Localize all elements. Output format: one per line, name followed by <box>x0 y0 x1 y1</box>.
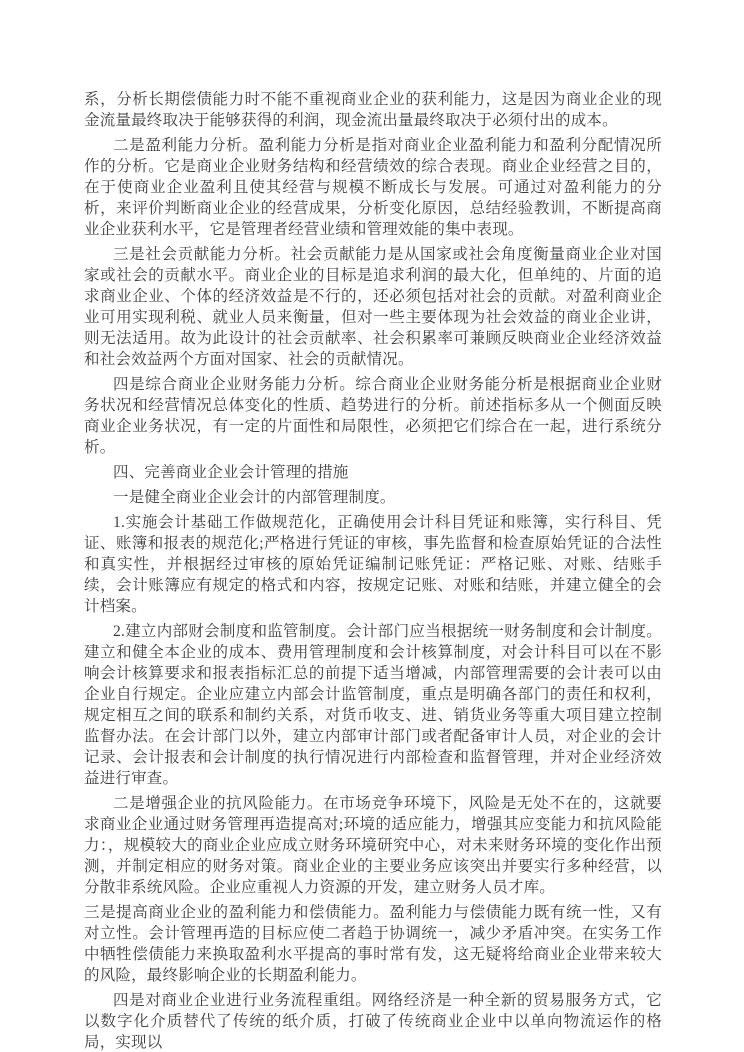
document-page: 系，分析长期偿债能力时不能不重视商业企业的获利能力，这是因为商业企业的现金流量最… <box>0 0 744 1052</box>
paragraph: 1.实施会计基础工作做规范化，正确使用会计科目凭证和账簿，实行科目、凭证、账簿和… <box>84 512 662 617</box>
section-heading: 四、完善商业企业会计管理的措施 <box>84 462 662 483</box>
paragraph: 三是社会贡献能力分析。社会贡献能力是从国家或社会角度衡量商业企业对国家或社会的贡… <box>84 244 662 370</box>
paragraph: 二是盈利能力分析。盈利能力分析是指对商业企业盈利能力和盈利分配情况所作的分析。它… <box>84 135 662 240</box>
paragraph: 2.建立内部财会制度和监管制度。会计部门应当根据统一财务制度和会计制度。建立和健… <box>84 621 662 789</box>
paragraph: 三是提高商业企业的盈利能力和偿债能力。盈利能力与偿债能力既有统一性，又有对立性。… <box>84 902 662 986</box>
paragraph: 四是综合商业企业财务能力分析。综合商业企业财务能分析是根据商业企业财务状况和经营… <box>84 374 662 458</box>
document-body: 系，分析长期偿债能力时不能不重视商业企业的获利能力，这是因为商业企业的现金流量最… <box>84 89 662 1052</box>
paragraph: 一是健全商业企业会计的内部管理制度。 <box>84 487 662 508</box>
paragraph: 四是对商业企业进行业务流程重组。网络经济是一种全新的贸易服务方式，它以数字化介质… <box>84 990 662 1052</box>
paragraph: 二是增强企业的抗风险能力。在市场竞争环境下，风险是无处不在的，这就要求商业企业通… <box>84 793 662 898</box>
paragraph: 系，分析长期偿债能力时不能不重视商业企业的获利能力，这是因为商业企业的现金流量最… <box>84 89 662 131</box>
